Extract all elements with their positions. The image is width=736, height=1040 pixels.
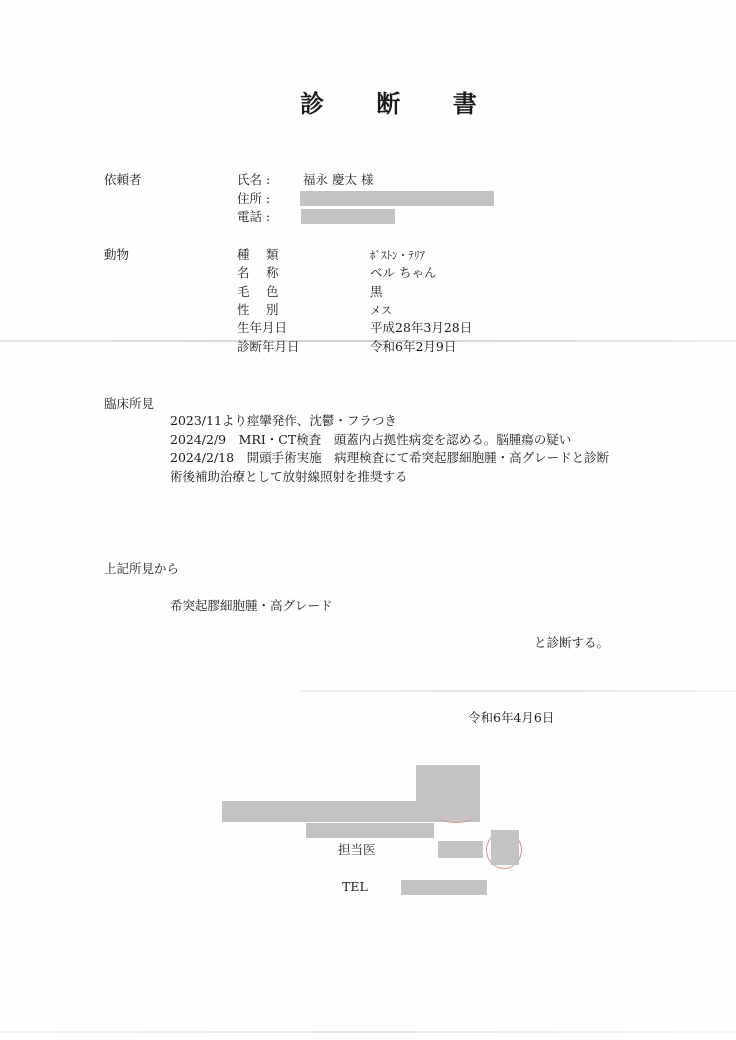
- finding-line: 術後補助治療として放射線照射を推奨する: [170, 469, 408, 485]
- tel-redaction: [401, 880, 487, 895]
- animal-field-label: 診断年月日: [237, 339, 300, 355]
- name-label: 氏名 :: [237, 172, 270, 188]
- animal-field-value: ﾎﾞｽﾄﾝ・ﾃﾘｱ: [370, 248, 425, 264]
- animal-field-value: 黒: [370, 284, 383, 300]
- scan-artifact-line: [0, 1031, 736, 1033]
- animal-field-value: ベル ちゃん: [370, 265, 436, 281]
- animal-field-label: 種 類: [237, 247, 278, 263]
- conclusion-closing: と診断する。: [534, 635, 609, 651]
- animal-field-label: 毛 色: [237, 284, 278, 300]
- phone-label: 電話 :: [237, 209, 270, 225]
- finding-line: 2023/11より痙攣発作、沈鬱・フラつき: [170, 413, 397, 429]
- diagnosis-text: 希突起膠細胞腫・高グレード: [170, 598, 333, 614]
- animal-field-label: 性 別: [237, 302, 278, 318]
- animal-field-label: 生年月日: [237, 320, 287, 336]
- finding-line: 2024/2/18 開頭手術実施 病理検査にて希突起膠細胞腫・高グレードと診断: [170, 450, 609, 466]
- tel-label: TEL: [342, 879, 368, 895]
- doctor-seal-redaction: [491, 830, 519, 865]
- animal-field-value: 平成28年3月28日: [370, 320, 472, 336]
- scan-artifact-line: [0, 340, 736, 342]
- animal-section-label: 動物: [104, 247, 129, 263]
- animal-field-value: 令和6年2月9日: [370, 339, 456, 355]
- doctor-name-redaction: [438, 841, 483, 858]
- document-title: 診 断 書: [300, 84, 499, 119]
- finding-line: 2024/2/9 MRI・CT検査 頭蓋内占拠性病変を認める。脳腫瘍の疑い: [170, 432, 571, 448]
- phone-redaction: [301, 209, 395, 224]
- conclusion-intro: 上記所見から: [104, 561, 179, 577]
- issue-date: 令和6年4月6日: [468, 710, 554, 726]
- scan-artifact-line: [300, 690, 736, 692]
- requester-section-label: 依頼者: [104, 172, 142, 188]
- clinical-findings-label: 臨床所見: [104, 396, 154, 412]
- hospital-address-redaction: [306, 823, 434, 838]
- name-value: 福永 慶太 様: [303, 172, 373, 188]
- address-label: 住所 :: [237, 191, 270, 207]
- address-redaction: [300, 191, 494, 206]
- hospital-name-redaction: [222, 801, 418, 822]
- hospital-seal-stamp: [437, 808, 475, 823]
- animal-field-value: メス: [370, 303, 392, 319]
- animal-field-label: 名 称: [237, 265, 278, 281]
- doctor-label: 担当医: [338, 842, 376, 858]
